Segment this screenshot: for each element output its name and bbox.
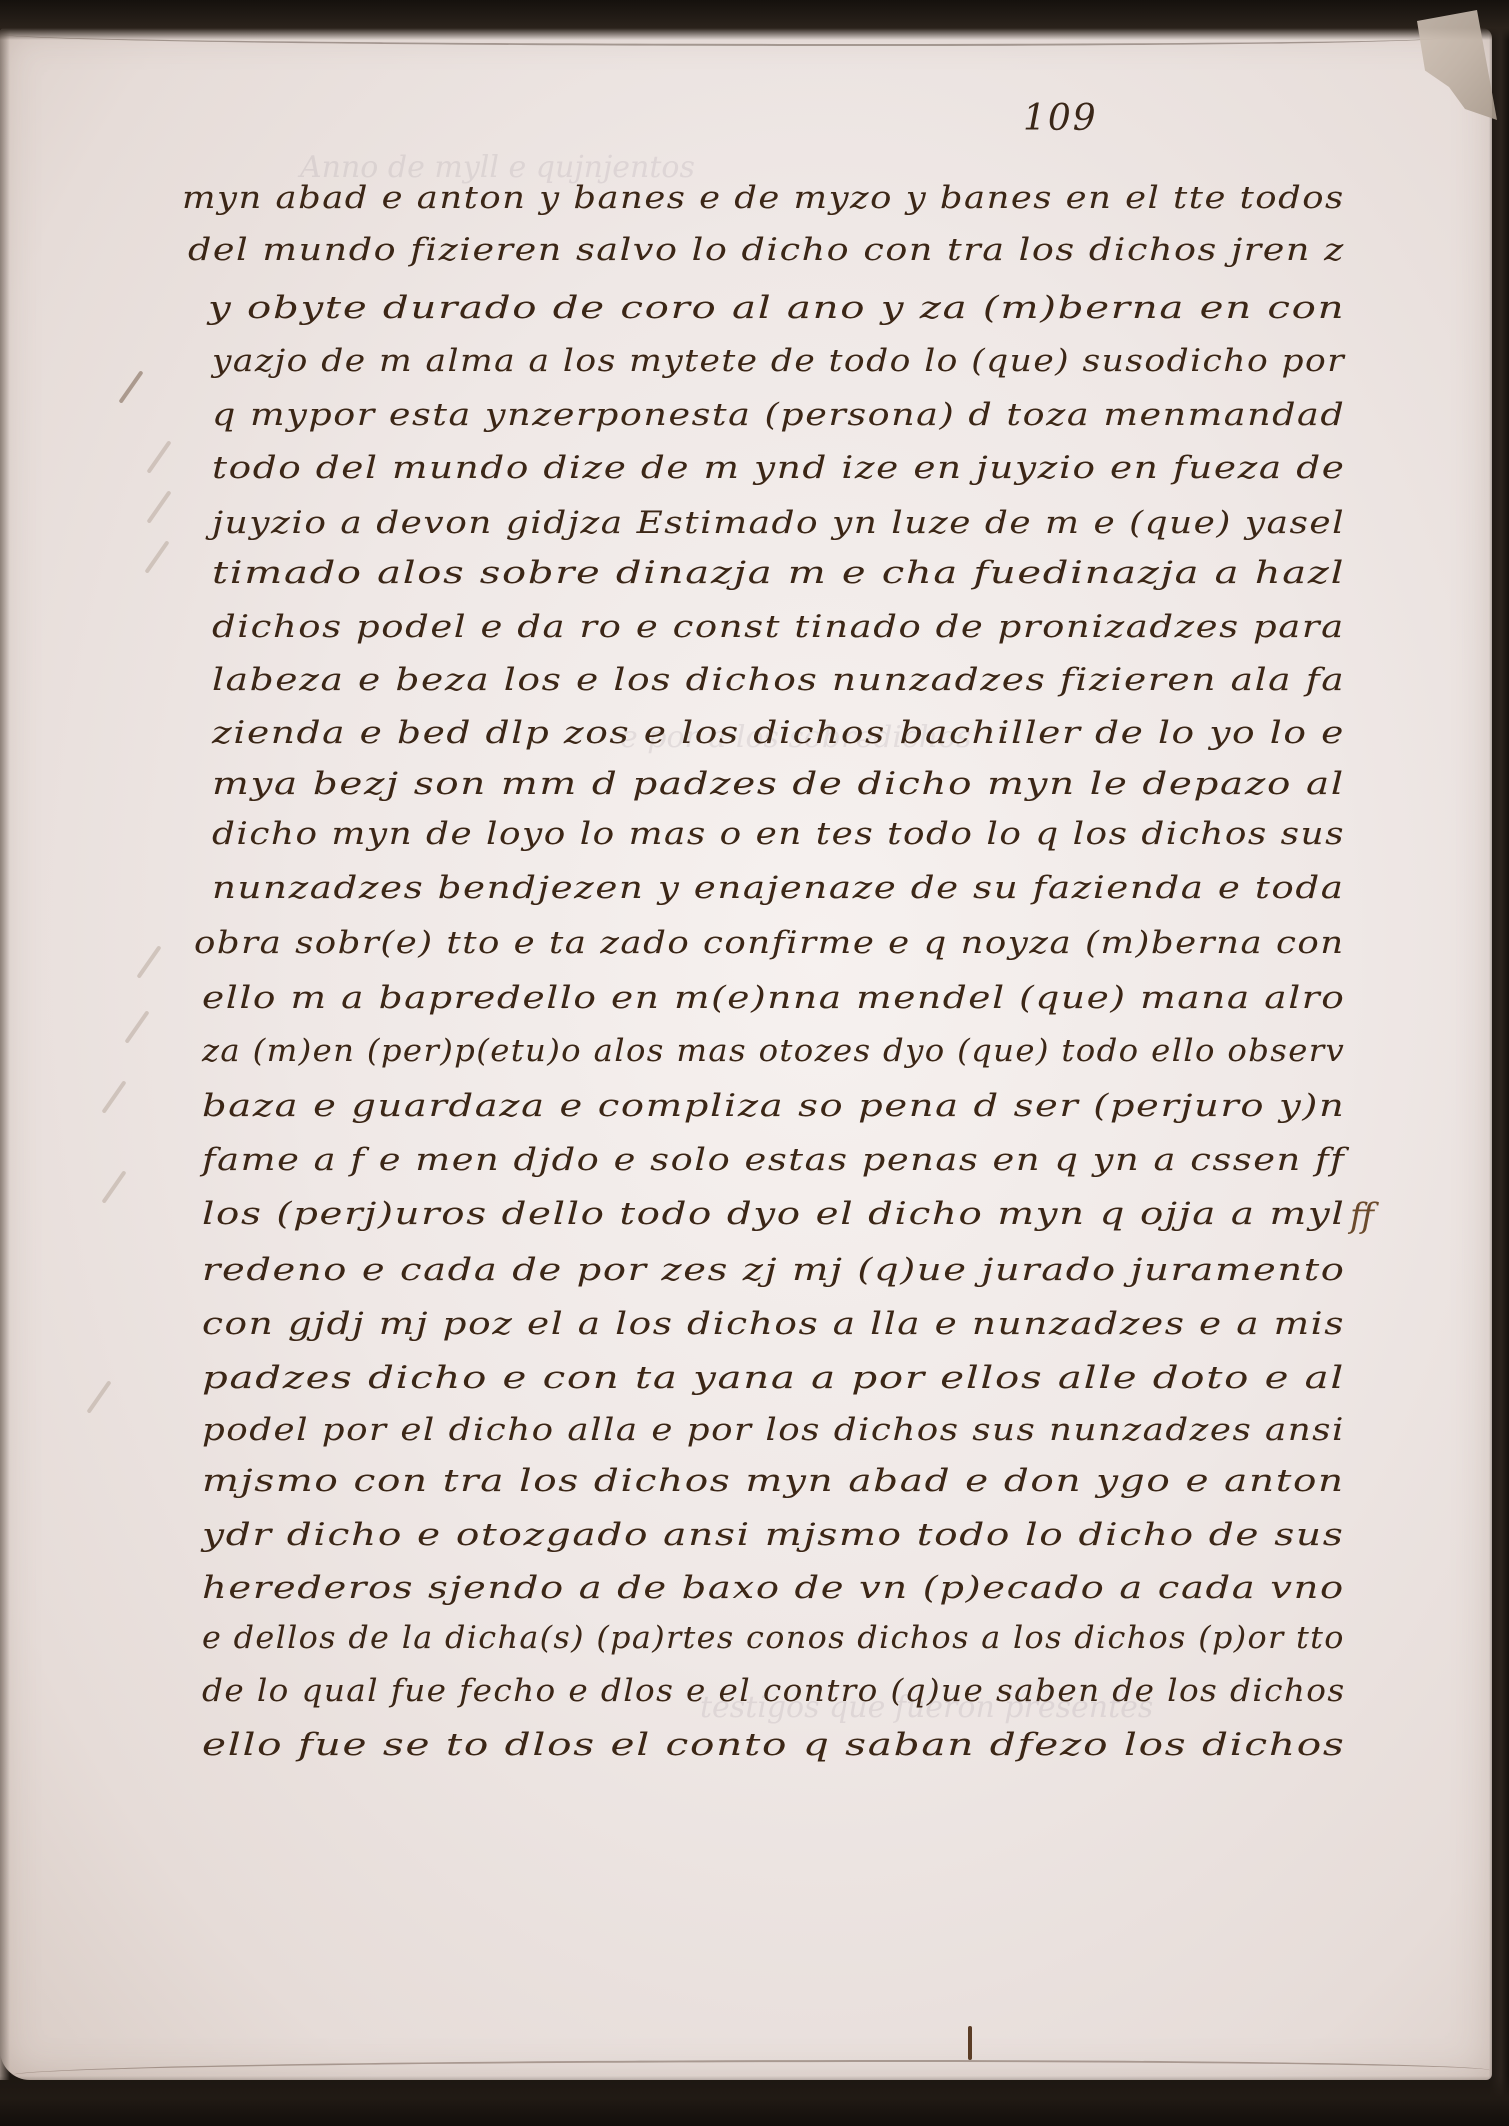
text-line: timado alos sobre dinazja m e cha fuedin… (212, 555, 1345, 591)
text-line: todo del mundo dize de m ynd ize en juyz… (212, 450, 1345, 486)
text-line: y obyte durado de coro al ano y za (m)be… (208, 290, 1345, 326)
marginal-ff-mark: ff (1350, 1196, 1374, 1236)
text-line: ydr dicho e otozgado ansi mjsmo todo lo … (202, 1517, 1344, 1553)
manuscript-text-block: myn abad e anton y banes e de myzo y ban… (0, 0, 1509, 2126)
text-line: baza e guardaza e compliza so pena d ser… (202, 1088, 1345, 1124)
text-line: juyzio a devon gidjza Estimado yn luze d… (212, 505, 1345, 541)
text-line: con gjdj mj poz el a los dichos a lla e … (202, 1306, 1345, 1342)
text-line: del mundo fizieren salvo lo dicho con tr… (188, 232, 1345, 268)
text-line: labeza e beza los e los dichos nunzadzes… (212, 662, 1345, 698)
text-line: podel por el dicho alla e por los dichos… (202, 1412, 1345, 1448)
text-line: herederos sjendo a de baxo de vn (p)ecad… (202, 1570, 1345, 1606)
manuscript-folio: Anno de myll e qujnjentos e por a los so… (0, 0, 1509, 2126)
text-line: za (m)en (per)p(etu)o alos mas otozes dy… (202, 1033, 1345, 1069)
text-line: obra sobr(e) tto e ta zado confirme e q … (194, 925, 1345, 961)
text-line: dichos podel e da ro e const tinado de p… (212, 609, 1345, 645)
ink-stain (968, 2026, 972, 2060)
text-line: los (perj)uros dello todo dyo el dicho m… (202, 1196, 1345, 1232)
text-line: fame a f e men djdo e solo estas penas e… (202, 1142, 1345, 1178)
text-line: myn abad e anton y banes e de myzo y ban… (182, 180, 1345, 216)
text-line: mya bezj son mm d padzes de dicho myn le… (212, 766, 1345, 802)
text-line: padzes dicho e con ta yana a por ellos a… (202, 1360, 1345, 1396)
text-line: yazjo de m alma a los mytete de todo lo … (212, 343, 1345, 379)
text-line: mjsmo con tra los dichos myn abad e don … (202, 1463, 1345, 1499)
text-line: e dellos de la dicha(s) (pa)rtes conos d… (202, 1620, 1345, 1656)
text-line: de lo qual fue fecho e dlos e el contro … (202, 1673, 1345, 1709)
text-line: ello m a bapredello en m(e)nna mendel (q… (202, 980, 1345, 1016)
text-line: redeno e cada de por zes zj mj (q)ue jur… (202, 1252, 1346, 1288)
text-line: zienda e bed dlp zos e los dichos bachil… (212, 715, 1345, 751)
text-line: dicho myn de loyo lo mas o en tes todo l… (212, 816, 1345, 852)
text-line: ello fue se to dlos el conto q saban dfe… (202, 1727, 1345, 1763)
text-line: nunzadzes bendjezen y enajenaze de su fa… (212, 870, 1344, 906)
text-line: q mypor esta ynzerponesta (persona) d to… (212, 397, 1345, 433)
